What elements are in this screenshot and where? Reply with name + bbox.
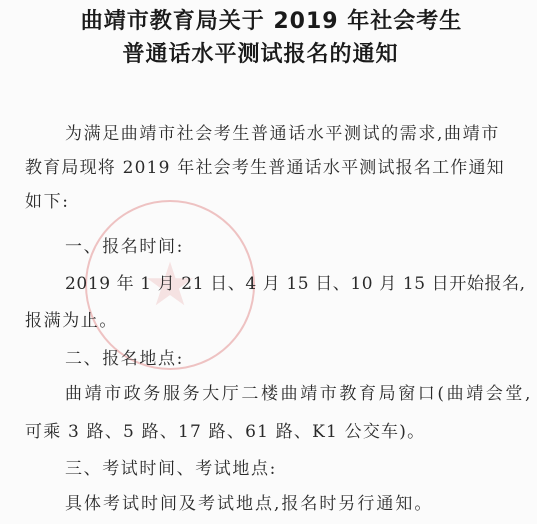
document-title-line2: 普通话水平测试报名的通知 <box>0 37 529 68</box>
section1-body-line2: 报满为止。 <box>25 306 118 331</box>
section2-body-line1: 曲靖市政务服务大厅二楼曲靖市教育局窗口(曲靖会堂, <box>65 379 533 404</box>
section3-heading: 三、考试时间、考试地点: <box>65 454 277 479</box>
intro-line1: 为满足曲靖市社会考生普通话水平测试的需求,曲靖市 <box>65 119 500 144</box>
section1-body-line1: 2019 年 1 月 21 日、4 月 15 日、10 月 15 日开始报名, <box>65 269 526 294</box>
document-page: ★ 曲靖市教育局关于 2019 年社会考生 普通话水平测试报名的通知 为满足曲靖… <box>0 0 537 524</box>
intro-line3: 如下: <box>25 187 70 212</box>
intro-line2: 教育局现将 2019 年社会考生普通话水平测试报名工作通知 <box>25 153 505 178</box>
section2-body-line2: 可乘 3 路、5 路、17 路、61 路、K1 公交车)。 <box>25 417 425 442</box>
section1-heading: 一、报名时间: <box>65 232 184 257</box>
section3-body-line1: 具体考试时间及考试地点,报名时另行通知。 <box>65 489 433 514</box>
section2-heading: 二、报名地点: <box>65 344 184 369</box>
document-title-line1: 曲靖市教育局关于 2019 年社会考生 <box>3 4 537 35</box>
